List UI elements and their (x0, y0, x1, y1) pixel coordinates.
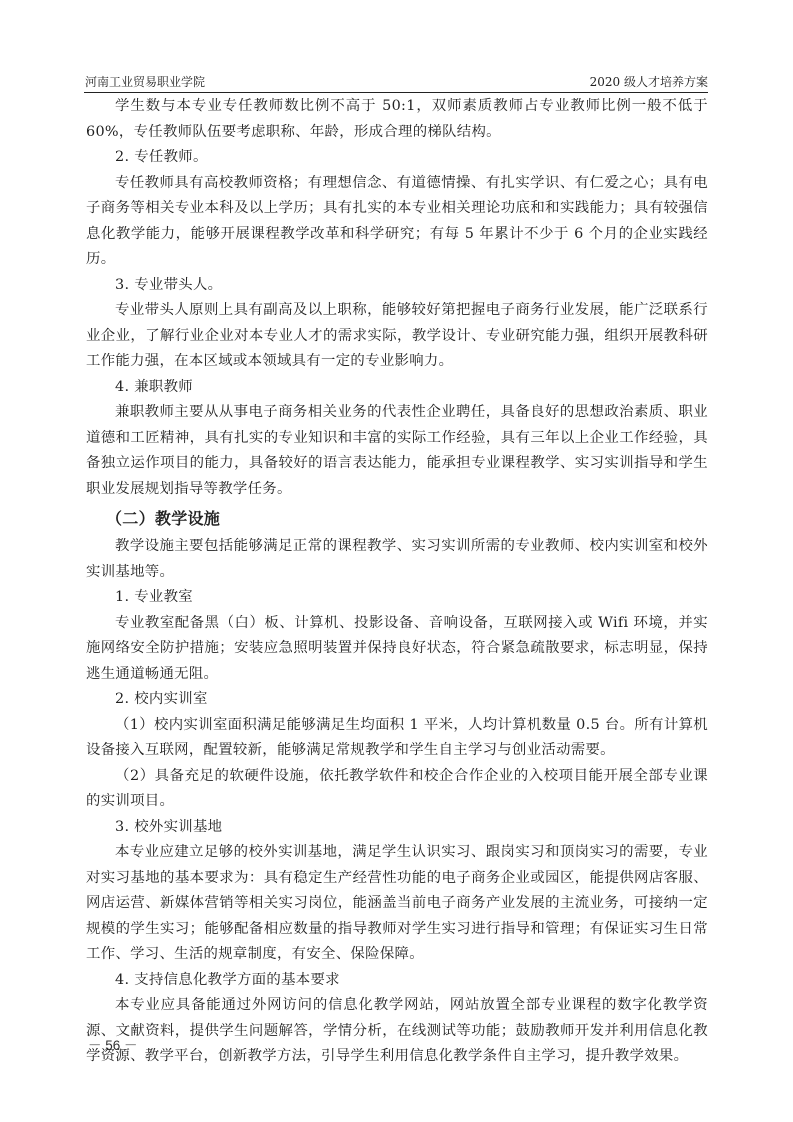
paragraph-offcampus-base: 本专业应建立足够的校外实训基地，满足学生认识实习、跟岗实习和顶岗实习的需要，专业… (86, 840, 708, 968)
heading-oncampus-lab: 2. 校内实训室 (86, 687, 708, 713)
paragraph-classroom: 专业教室配备黑（白）板、计算机、投影设备、音响设备，互联网接入或 Wifi 环境… (86, 611, 708, 688)
paragraph-oncampus-lab-1: （1）校内实训室面积满足能够满足生均面积 1 平米，人均计算机数量 0.5 台。… (86, 713, 708, 764)
paragraph-it-teaching: 本专业应具备能通过外网访问的信息化教学网站，网站放置全部专业课程的数字化教学资源… (86, 993, 708, 1070)
header-institution: 河南工业贸易职业学院 (85, 74, 205, 90)
heading-offcampus-base: 3. 校外实训基地 (86, 815, 708, 841)
heading-it-teaching: 4. 支持信息化教学方面的基本要求 (86, 968, 708, 994)
heading-fulltime-teachers: 2. 专任教师。 (86, 145, 708, 171)
heading-parttime-teachers: 4. 兼职教师 (86, 375, 708, 401)
paragraph-facilities-intro: 教学设施主要包括能够满足正常的课程教学、实习实训所需的专业教师、校内实训室和校外… (86, 534, 708, 585)
paragraph-program-leader: 专业带头人原则上具有副高及以上职称，能够较好第把握电子商务行业发展，能广泛联系行… (86, 298, 708, 375)
header-document-title: 2020 级人才培养方案 (590, 74, 708, 90)
paragraph-fulltime-teachers: 专任教师具有高校教师资格；有理想信念、有道德情操、有扎实学识、有仁爱之心；具有电… (86, 171, 708, 273)
paragraph-oncampus-lab-2: （2）具备充足的软硬件设施，依托教学软件和校企合作企业的入校项目能开展全部专业课… (86, 764, 708, 815)
heading-classroom: 1. 专业教室 (86, 585, 708, 611)
paragraph-teacher-ratio: 学生数与本专业专任教师数比例不高于 50:1，双师素质教师占专业教师比例一般不低… (86, 94, 708, 145)
heading-program-leader: 3. 专业带头人。 (86, 273, 708, 299)
section-title-teaching-facilities: （二）教学设施 (86, 504, 708, 534)
page-body: 学生数与本专业专任教师数比例不高于 50:1，双师素质教师占专业教师比例一般不低… (86, 94, 708, 1070)
page-number: － 56 － (88, 1034, 138, 1054)
page-header: 河南工业贸易职业学院 2020 级人才培养方案 (84, 74, 708, 93)
paragraph-parttime-teachers: 兼职教师主要从从事电子商务相关业务的代表性企业聘任，具备良好的思想政治素质、职业… (86, 400, 708, 502)
